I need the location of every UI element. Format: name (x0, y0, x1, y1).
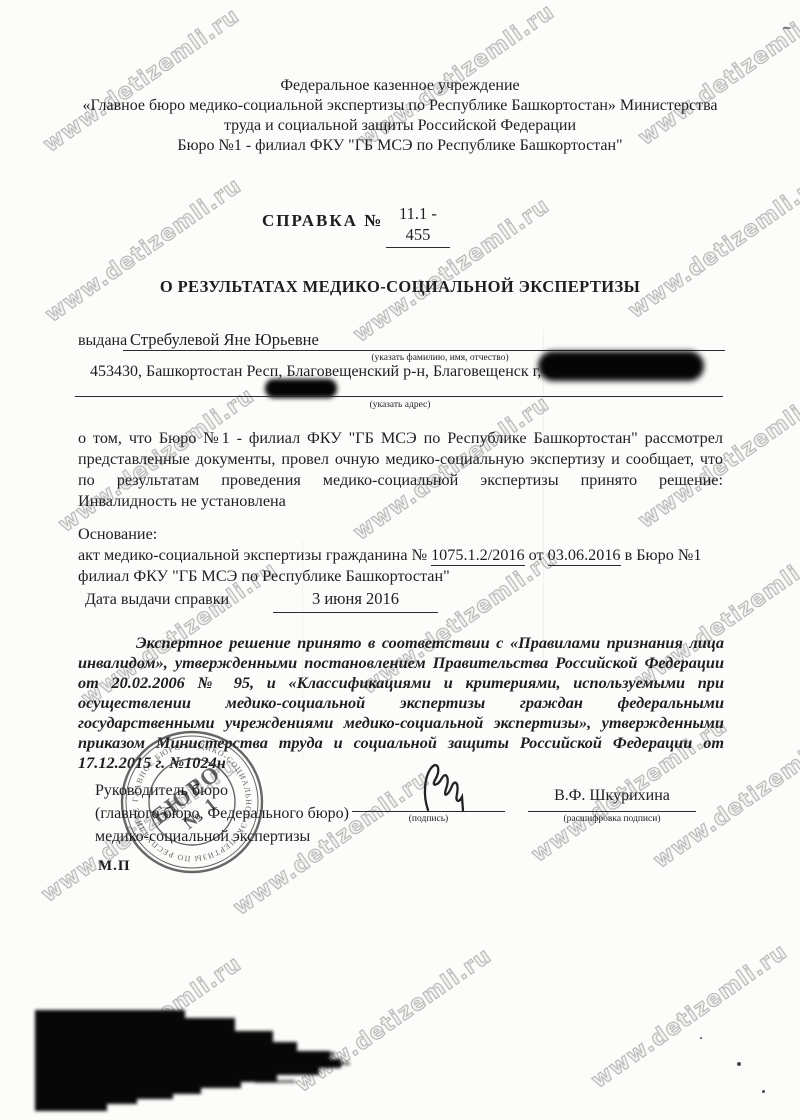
name-decipher-line (528, 811, 696, 812)
role-line: Руководитель бюро (95, 779, 349, 802)
statement-line: о том, что Бюро №1 - филиал ФКУ "ГБ МСЭ … (78, 428, 723, 449)
issue-date-underline (273, 612, 438, 613)
redaction-address (538, 351, 704, 381)
basis-section: Основание: акт медико-социальной эксперт… (78, 524, 723, 587)
address-caption: (указать адрес) (300, 400, 500, 410)
basis-label: Основание: (78, 524, 723, 545)
role-line: медико-социальной экспертизы (95, 825, 349, 848)
act-mid: от (525, 546, 548, 564)
scan-speck (737, 1062, 741, 1066)
signature-scribble (408, 752, 472, 816)
issue-date-value: 3 июня 2016 (273, 589, 438, 609)
certificate-number-bottom: 455 (386, 224, 450, 245)
scan-speck (700, 1037, 702, 1039)
watermark-text: www.detizemli.ru (587, 939, 792, 1093)
statement-decision: Инвалидность не установлена (78, 491, 723, 512)
letterhead-line: труда и социальной защиты Российской Фед… (40, 116, 760, 136)
name-decipher-caption: (расшифровка подписи) (524, 814, 700, 824)
redaction-bottom (35, 1002, 365, 1114)
scanned-certificate-page: www.detizemli.ruwww.detizemli.ruwww.deti… (0, 0, 800, 1120)
legal-line: осуществлении медико-социальной эксперти… (78, 693, 724, 713)
issue-date-label: Дата выдачи справки (85, 591, 229, 609)
signatory-role: Руководитель бюро (главного бюро, Федера… (95, 779, 349, 848)
signatory-name: В.Ф. Шкурихина (528, 787, 696, 805)
statement-paragraph: о том, что Бюро №1 - филиал ФКУ "ГБ МСЭ … (78, 428, 723, 512)
basis-act-line: акт медико-социальной экспертизы граждан… (78, 545, 723, 566)
role-line: (главного бюро, Федерального бюро) (95, 802, 349, 825)
certificate-number-top: 11.1 - (386, 203, 450, 224)
act-suffix: в Бюро №1 (621, 546, 702, 564)
statement-line: по результатам проведения медико-социаль… (78, 470, 723, 491)
address-underline (75, 396, 723, 397)
watermark-text: www.detizemli.ru (41, 173, 246, 327)
act-prefix: акт медико-социальной экспертизы граждан… (78, 546, 431, 564)
issued-label: выдана (78, 332, 127, 350)
scan-speck (783, 27, 791, 29)
document-title: О РЕЗУЛЬТАТАХ МЕДИКО-СОЦИАЛЬНОЙ ЭКСПЕРТИ… (0, 277, 800, 297)
signature-caption: (подпись) (352, 814, 505, 824)
scan-speck (762, 1090, 765, 1093)
legal-line: инвалидом», утвержденными постановлением… (78, 653, 724, 673)
watermark-text: www.detizemli.ru (624, 169, 800, 323)
legal-line: Экспертное решение принято в соответстви… (78, 633, 724, 653)
act-date: 03.06.2016 (548, 546, 621, 566)
certificate-label: СПРАВКА № (262, 211, 383, 231)
letterhead-line: Бюро №1 - филиал ФКУ "ГБ МСЭ по Республи… (40, 136, 760, 156)
letterhead-line: Федеральное казенное учреждение (40, 76, 760, 96)
recipient-name: Стребулевой Яне Юрьевне (130, 330, 319, 350)
letterhead-line: «Главное бюро медико-социальной эксперти… (40, 96, 760, 116)
seal-place-mark: М.П (98, 858, 131, 875)
statement-line: представленные документы, провел очную м… (78, 449, 723, 470)
basis-act-line2: филиал ФКУ "ГБ МСЭ по Республике Башкорт… (78, 566, 723, 587)
certificate-number: 11.1 - 455 (386, 203, 450, 248)
letterhead: Федеральное казенное учреждение «Главное… (40, 76, 760, 156)
signature-line (352, 811, 505, 812)
act-number: 1075.1.2/2016 (431, 546, 525, 566)
legal-line: от 20.02.2006 № 95, и «Классификациями и… (78, 673, 724, 693)
